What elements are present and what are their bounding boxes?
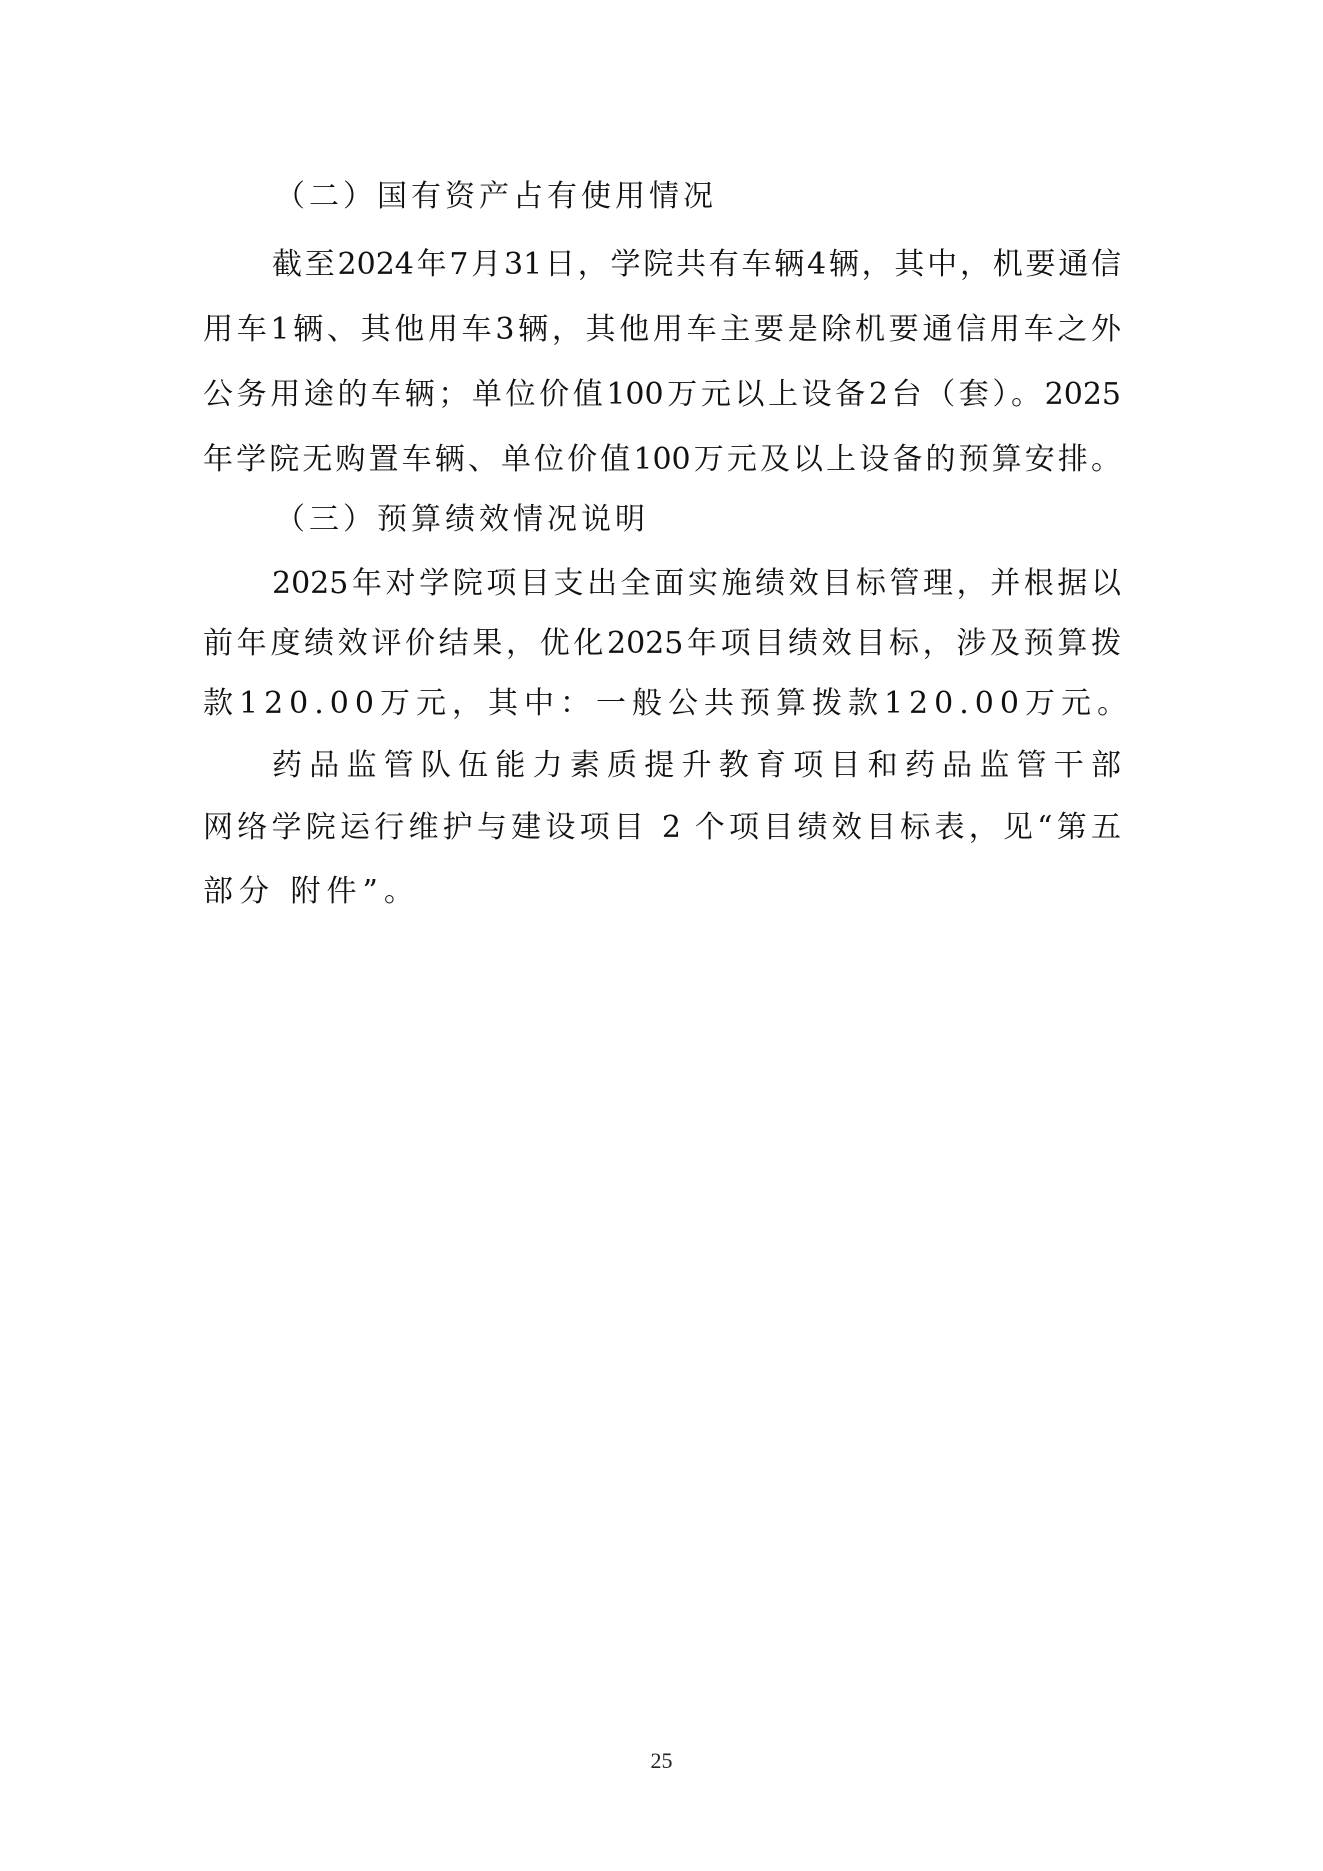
paragraph-line: 用车1辆、其他用车3辆，其他用车主要是除机要通信用车之外: [203, 308, 1121, 352]
document-page: （二）国有资产占有使用情况 截至2024年7月31日，学院共有车辆4辆，其中，机…: [0, 0, 1323, 1871]
paragraph-line: 网络学院运行维护与建设项目 2 个项目绩效目标表，见“第五: [203, 806, 1121, 850]
section-heading-performance: （三）预算绩效情况说明: [275, 498, 649, 542]
paragraph-line: 截至2024年7月31日，学院共有车辆4辆，其中，机要通信: [272, 243, 1121, 287]
paragraph-line: 药品监管队伍能力素质提升教育项目和药品监管干部: [272, 744, 1121, 788]
paragraph-line: 公务用途的车辆；单位价值100万元以上设备2台（套）。2025: [203, 373, 1121, 417]
page-number: 25: [0, 1748, 1323, 1774]
paragraph-line: 前年度绩效评价结果，优化2025年项目绩效目标，涉及预算拨: [203, 622, 1121, 666]
paragraph-line: 2025年对学院项目支出全面实施绩效目标管理，并根据以: [272, 562, 1121, 606]
paragraph-line: 款120.00万元，其中：一般公共预算拨款120.00万元。: [203, 682, 1133, 726]
paragraph-line: 部分 附件”。: [203, 870, 420, 914]
section-heading-state-assets: （二）国有资产占有使用情况: [275, 175, 717, 219]
paragraph-line: 年学院无购置车辆、单位价值100万元及以上设备的预算安排。: [203, 438, 1121, 482]
